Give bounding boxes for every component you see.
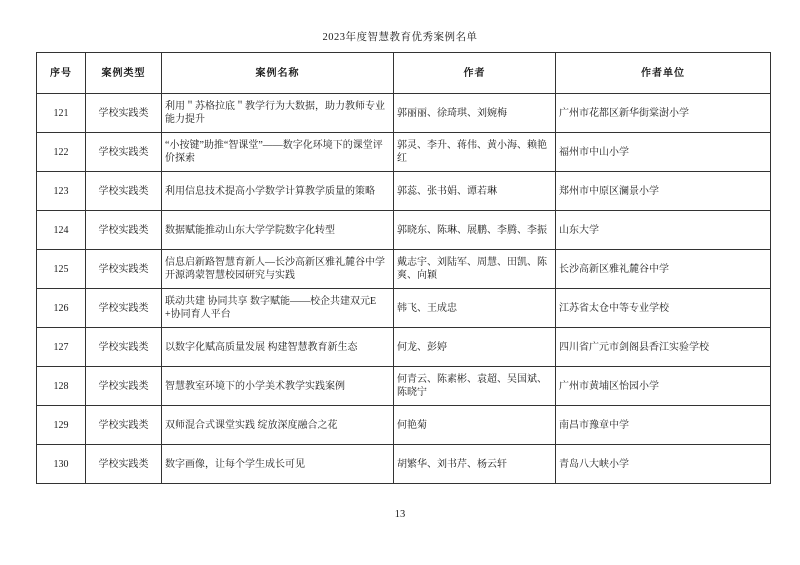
- cell-case-name: 智慧教室环境下的小学美术教学实践案例: [162, 367, 394, 406]
- cell-case-name: 联动共建 协同共享 数字赋能——校企共建双元E+协同育人平台: [162, 289, 394, 328]
- cell-author-org: 南昌市豫章中学: [556, 406, 771, 445]
- table-row: 125 学校实践类 信息启新路智慧育新人—长沙高新区雅礼麓谷中学开源鸿蒙智慧校园…: [37, 250, 771, 289]
- cell-authors: 郭晓东、陈琳、展鹏、李腾、李振: [394, 211, 556, 250]
- cell-author-org: 福州市中山小学: [556, 133, 771, 172]
- header-case-name: 案例名称: [162, 53, 394, 94]
- cell-case-name: 利用信息技术提高小学数学计算教学质量的策略: [162, 172, 394, 211]
- cell-serial-number: 124: [37, 211, 86, 250]
- cell-authors: 郭灵、李升、蒋伟、黄小海、赖艳红: [394, 133, 556, 172]
- cell-authors: 何艳菊: [394, 406, 556, 445]
- cell-serial-number: 129: [37, 406, 86, 445]
- cell-author-org: 江苏省太仓中等专业学校: [556, 289, 771, 328]
- cell-case-name: 数据赋能推动山东大学学院数字化转型: [162, 211, 394, 250]
- cell-authors: 何青云、陈素彬、袁超、吴国斌、陈晓宁: [394, 367, 556, 406]
- cell-case-name: 双师混合式课堂实践 绽放深度融合之花: [162, 406, 394, 445]
- cell-case-type: 学校实践类: [86, 406, 162, 445]
- table-row: 124 学校实践类 数据赋能推动山东大学学院数字化转型 郭晓东、陈琳、展鹏、李腾…: [37, 211, 771, 250]
- page-title: 2023年度智慧教育优秀案例名单: [0, 29, 800, 44]
- cell-case-type: 学校实践类: [86, 445, 162, 484]
- table-row: 130 学校实践类 数字画像，让每个学生成长可见 胡繁华、刘书芹、杨云轩 青岛八…: [37, 445, 771, 484]
- table-row: 123 学校实践类 利用信息技术提高小学数学计算教学质量的策略 郭蕊、张书娟、谭…: [37, 172, 771, 211]
- cell-author-org: 郑州市中原区澜景小学: [556, 172, 771, 211]
- cell-serial-number: 127: [37, 328, 86, 367]
- cell-case-type: 学校实践类: [86, 211, 162, 250]
- cell-author-org: 四川省广元市剑阁县香江实验学校: [556, 328, 771, 367]
- cell-serial-number: 128: [37, 367, 86, 406]
- header-author-org: 作者单位: [556, 53, 771, 94]
- cell-authors: 韩飞、王成忠: [394, 289, 556, 328]
- cell-author-org: 山东大学: [556, 211, 771, 250]
- cell-author-org: 青岛八大峡小学: [556, 445, 771, 484]
- cases-table: 序号 案例类型 案例名称 作者 作者单位 121 学校实践类 利用＂苏格拉底＂教…: [36, 52, 771, 484]
- header-case-type: 案例类型: [86, 53, 162, 94]
- cell-case-type: 学校实践类: [86, 328, 162, 367]
- cell-serial-number: 122: [37, 133, 86, 172]
- cell-case-name: 利用＂苏格拉底＂教学行为大数据，助力教师专业能力提升: [162, 94, 394, 133]
- cell-case-type: 学校实践类: [86, 133, 162, 172]
- cell-authors: 何龙、彭婷: [394, 328, 556, 367]
- table-row: 128 学校实践类 智慧教室环境下的小学美术教学实践案例 何青云、陈素彬、袁超、…: [37, 367, 771, 406]
- header-authors: 作者: [394, 53, 556, 94]
- cell-authors: 戴志宇、刘陆军、周慧、田凯、陈爽、向颖: [394, 250, 556, 289]
- cell-case-name: “小按键”助推“智课堂”——数字化环境下的课堂评价探索: [162, 133, 394, 172]
- cell-serial-number: 121: [37, 94, 86, 133]
- table-row: 121 学校实践类 利用＂苏格拉底＂教学行为大数据，助力教师专业能力提升 郭丽丽…: [37, 94, 771, 133]
- table-row: 122 学校实践类 “小按键”助推“智课堂”——数字化环境下的课堂评价探索 郭灵…: [37, 133, 771, 172]
- table-header-row: 序号 案例类型 案例名称 作者 作者单位: [37, 53, 771, 94]
- page-number: 13: [0, 509, 800, 520]
- cell-serial-number: 130: [37, 445, 86, 484]
- table-row: 126 学校实践类 联动共建 协同共享 数字赋能——校企共建双元E+协同育人平台…: [37, 289, 771, 328]
- cell-case-name: 信息启新路智慧育新人—长沙高新区雅礼麓谷中学开源鸿蒙智慧校园研究与实践: [162, 250, 394, 289]
- cell-serial-number: 126: [37, 289, 86, 328]
- cell-case-type: 学校实践类: [86, 289, 162, 328]
- cell-authors: 郭丽丽、徐琦琪、刘婉梅: [394, 94, 556, 133]
- cell-serial-number: 123: [37, 172, 86, 211]
- cell-author-org: 长沙高新区雅礼麓谷中学: [556, 250, 771, 289]
- table-row: 129 学校实践类 双师混合式课堂实践 绽放深度融合之花 何艳菊 南昌市豫章中学: [37, 406, 771, 445]
- header-serial-number: 序号: [37, 53, 86, 94]
- cell-case-type: 学校实践类: [86, 94, 162, 133]
- cell-serial-number: 125: [37, 250, 86, 289]
- cell-authors: 胡繁华、刘书芹、杨云轩: [394, 445, 556, 484]
- table-row: 127 学校实践类 以数字化赋高质量发展 构建智慧教育新生态 何龙、彭婷 四川省…: [37, 328, 771, 367]
- document-page: 2023年度智慧教育优秀案例名单 序号 案例类型 案例名称 作者 作者单位 12…: [0, 0, 800, 565]
- cell-author-org: 广州市花都区新华街棠澍小学: [556, 94, 771, 133]
- cell-case-type: 学校实践类: [86, 172, 162, 211]
- cell-authors: 郭蕊、张书娟、谭若琳: [394, 172, 556, 211]
- cell-case-name: 以数字化赋高质量发展 构建智慧教育新生态: [162, 328, 394, 367]
- cell-case-type: 学校实践类: [86, 250, 162, 289]
- cell-case-type: 学校实践类: [86, 367, 162, 406]
- cell-case-name: 数字画像，让每个学生成长可见: [162, 445, 394, 484]
- cell-author-org: 广州市黄埔区怡园小学: [556, 367, 771, 406]
